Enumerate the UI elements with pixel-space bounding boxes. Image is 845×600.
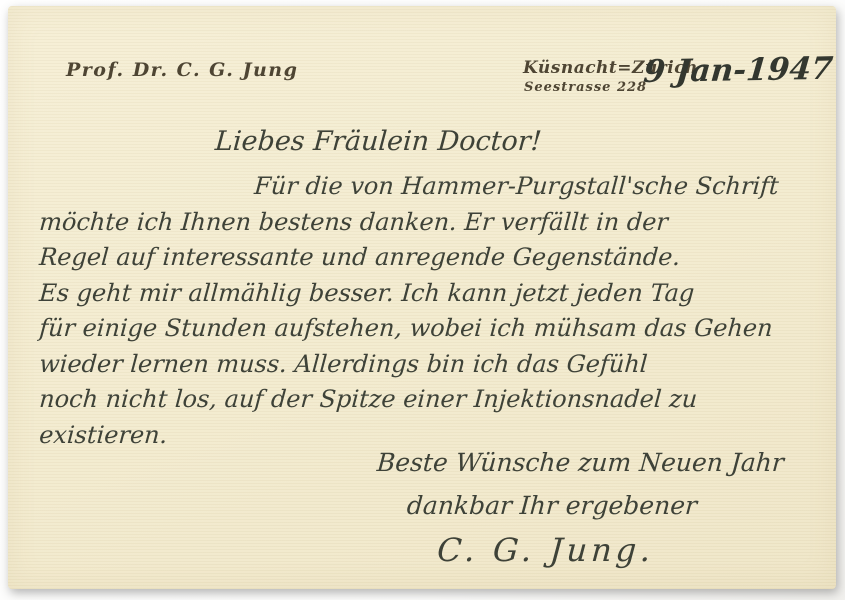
- body-line: Regel auf interessante und anregende Geg…: [38, 240, 836, 276]
- letterhead-name: Prof. Dr. C. G. Jung: [66, 59, 298, 81]
- letterhead-street: Seestrasse 228: [524, 80, 647, 95]
- salutation: Liebes Fräulein Doctor!: [214, 126, 543, 157]
- body-line: Für die von Hammer-Purgstall'sche Schrif…: [38, 169, 836, 205]
- letter-body: Für die von Hammer-Purgstall'sche Schrif…: [38, 169, 836, 453]
- body-line: Es geht mir allmählig besser. Ich kann j…: [38, 276, 836, 312]
- body-line: möchte ich Ihnen bestens danken. Er verf…: [38, 205, 836, 241]
- signature: C. G. Jung.: [436, 531, 656, 569]
- body-line: wieder lernen muss. Allerdings bin ich d…: [38, 347, 836, 383]
- closing-line: dankbar Ihr ergebener: [406, 491, 698, 520]
- handwritten-date: 9 Jan-1947: [642, 51, 834, 90]
- closing-line: Beste Wünsche zum Neuen Jahr: [376, 448, 785, 477]
- body-line: für einige Stunden aufstehen, wobei ich …: [38, 311, 836, 347]
- letter-scan: Prof. Dr. C. G. Jung Küsnacht=Zürich See…: [0, 0, 845, 600]
- body-line: noch nicht los, auf der Spitze einer Inj…: [38, 382, 836, 418]
- letter-paper: Prof. Dr. C. G. Jung Küsnacht=Zürich See…: [8, 6, 836, 589]
